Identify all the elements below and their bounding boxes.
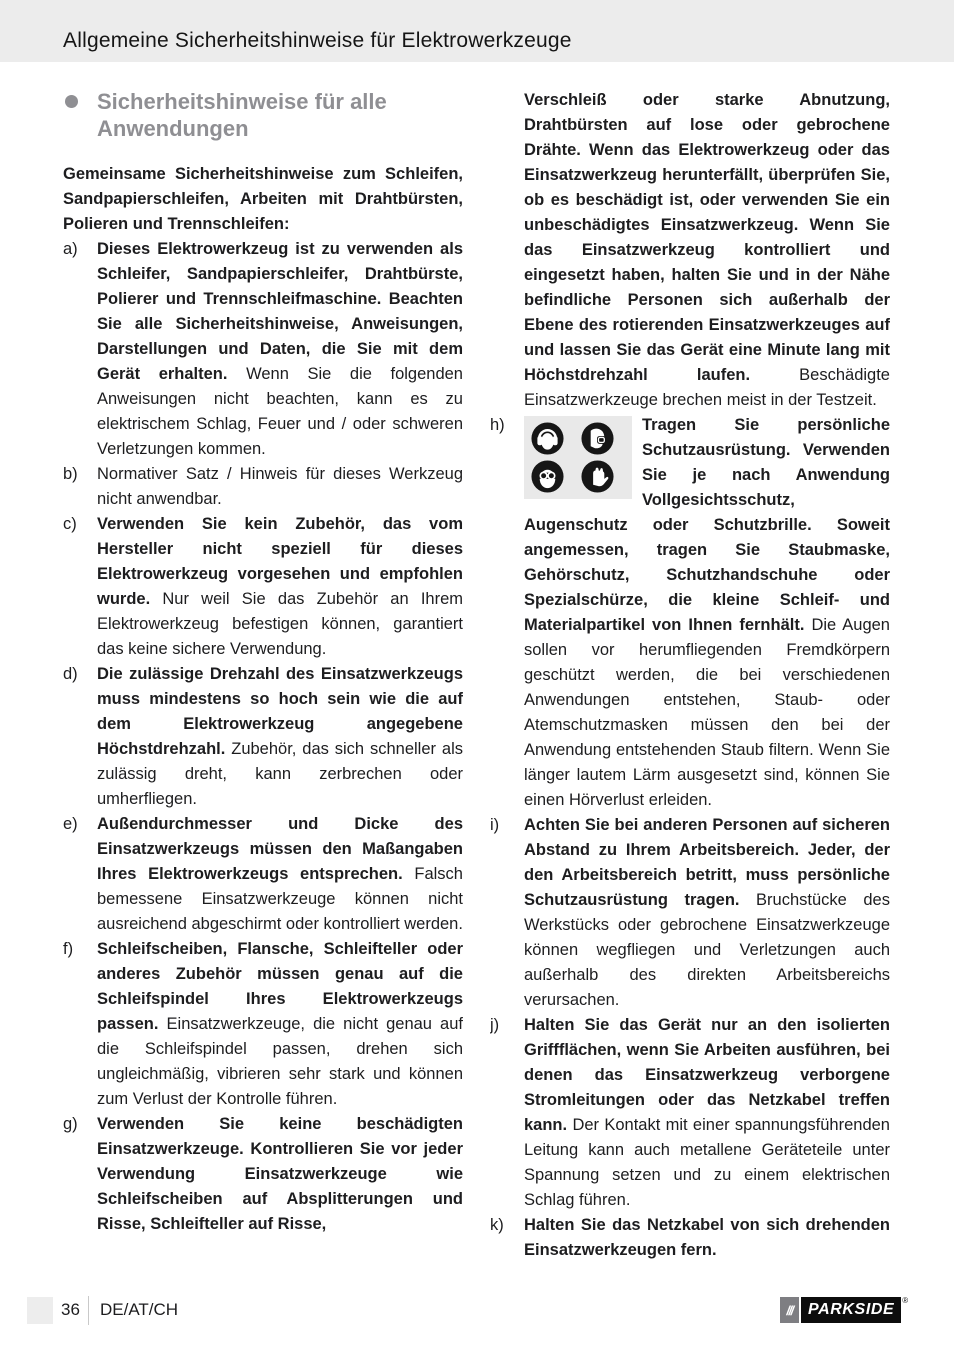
page-footer: 36 DE/AT/CH /// PARKSIDE ® <box>0 1294 954 1334</box>
safety-item-i: i)Achten Sie bei anderen Personen auf si… <box>490 813 890 1013</box>
safety-item-c: c)Verwenden Sie kein Zubehör, das vom He… <box>63 512 463 662</box>
page-corner-square <box>27 1297 53 1324</box>
intro-paragraph: Gemeinsame Sicherheitshinweise zum Schle… <box>63 162 463 237</box>
item-text-bold: Halten Sie das Netzkabel von sich drehen… <box>524 1216 890 1259</box>
brand-stripes-icon: /// <box>780 1297 799 1323</box>
footer-divider <box>88 1296 89 1325</box>
section-heading: Sicherheitshinweise für alle Anwendungen <box>63 88 463 142</box>
brand-wordmark: PARKSIDE <box>801 1297 901 1323</box>
item-letter: d) <box>63 662 78 687</box>
item-letter: k) <box>490 1213 504 1238</box>
safety-goggles-icon <box>530 459 565 494</box>
item-text: Nur weil Sie das Zubehör an Ihrem Elektr… <box>97 590 463 658</box>
page-header: Allgemeine Sicherheitshinweise für Elekt… <box>0 0 954 62</box>
item-g-continuation: Verschleiß oder starke Abnutzung, Drahtb… <box>490 88 890 413</box>
section-title: Sicherheitshinweise für alle Anwendungen <box>97 89 387 141</box>
safety-item-j: j)Halten Sie das Gerät nur an den isolie… <box>490 1013 890 1213</box>
page-header-title: Allgemeine Sicherheitshinweise für Elekt… <box>63 29 572 52</box>
safety-item-g: g)Verwenden Sie keine beschädigten Einsa… <box>63 1112 463 1237</box>
item-text-bold: Verschleiß oder starke Abnutzung, Drahtb… <box>524 91 890 384</box>
dust-mask-icon <box>580 421 615 456</box>
safety-item-e: e)Außendurchmesser und Dicke des Einsatz… <box>63 812 463 937</box>
item-text-bold: Außendurchmesser und Dicke des Einsatzwe… <box>97 815 463 883</box>
manual-page: Allgemeine Sicherheitshinweise für Elekt… <box>0 0 954 1354</box>
item-letter: h) <box>490 413 505 438</box>
right-column: Verschleiß oder starke Abnutzung, Drahtb… <box>490 88 890 1292</box>
item-letter: i) <box>490 813 499 838</box>
item-text-bold: Verwenden Sie keine beschädigten Einsatz… <box>97 1115 463 1233</box>
item-text: Die Augen sollen vor herumfliegenden Fre… <box>524 616 890 809</box>
item-letter: g) <box>63 1112 78 1137</box>
registered-trademark-icon: ® <box>902 1297 908 1305</box>
item-text: Der Kontakt mit einer spannungsführenden… <box>524 1116 890 1209</box>
safety-item-k: k)Halten Sie das Netzkabel von sich dreh… <box>490 1213 890 1263</box>
item-text-bold: Dieses Elektrowerkzeug ist zu verwenden … <box>97 240 463 383</box>
ear-protection-icon <box>530 421 565 456</box>
item-letter: j) <box>490 1013 499 1038</box>
item-letter: f) <box>63 937 73 962</box>
safety-item-b: b)Normativer Satz / Hinweis für dieses W… <box>63 462 463 512</box>
item-letter: a) <box>63 237 78 262</box>
safety-item-d: d)Die zulässige Drehzahl des Einsatzwerk… <box>63 662 463 812</box>
safety-item-h: h)Tragen Sie persönliche Schutzausrüstun… <box>490 413 890 813</box>
safety-item-a: a)Dieses Elektrowerkzeug ist zu verwende… <box>63 237 463 462</box>
protective-gloves-icon <box>580 459 615 494</box>
page-region: DE/AT/CH <box>100 1300 178 1320</box>
section-bullet-icon <box>65 95 78 108</box>
item-letter: c) <box>63 512 77 537</box>
item-letter: e) <box>63 812 78 837</box>
item-letter: b) <box>63 462 78 487</box>
parkside-logo: /// PARKSIDE ® <box>780 1297 908 1323</box>
left-column: Sicherheitshinweise für alle Anwendungen… <box>63 88 463 1292</box>
safety-item-f: f)Schleifscheiben, Flansche, Schleiftell… <box>63 937 463 1112</box>
safety-items-left: a)Dieses Elektrowerkzeug ist zu verwende… <box>63 237 463 1237</box>
item-text: Normativer Satz / Hinweis für dieses Wer… <box>97 465 463 508</box>
safety-items-right: h)Tragen Sie persönliche Schutzausrüstun… <box>490 413 890 1263</box>
ppe-icon-grid <box>524 416 632 499</box>
page-number: 36 <box>61 1300 80 1320</box>
